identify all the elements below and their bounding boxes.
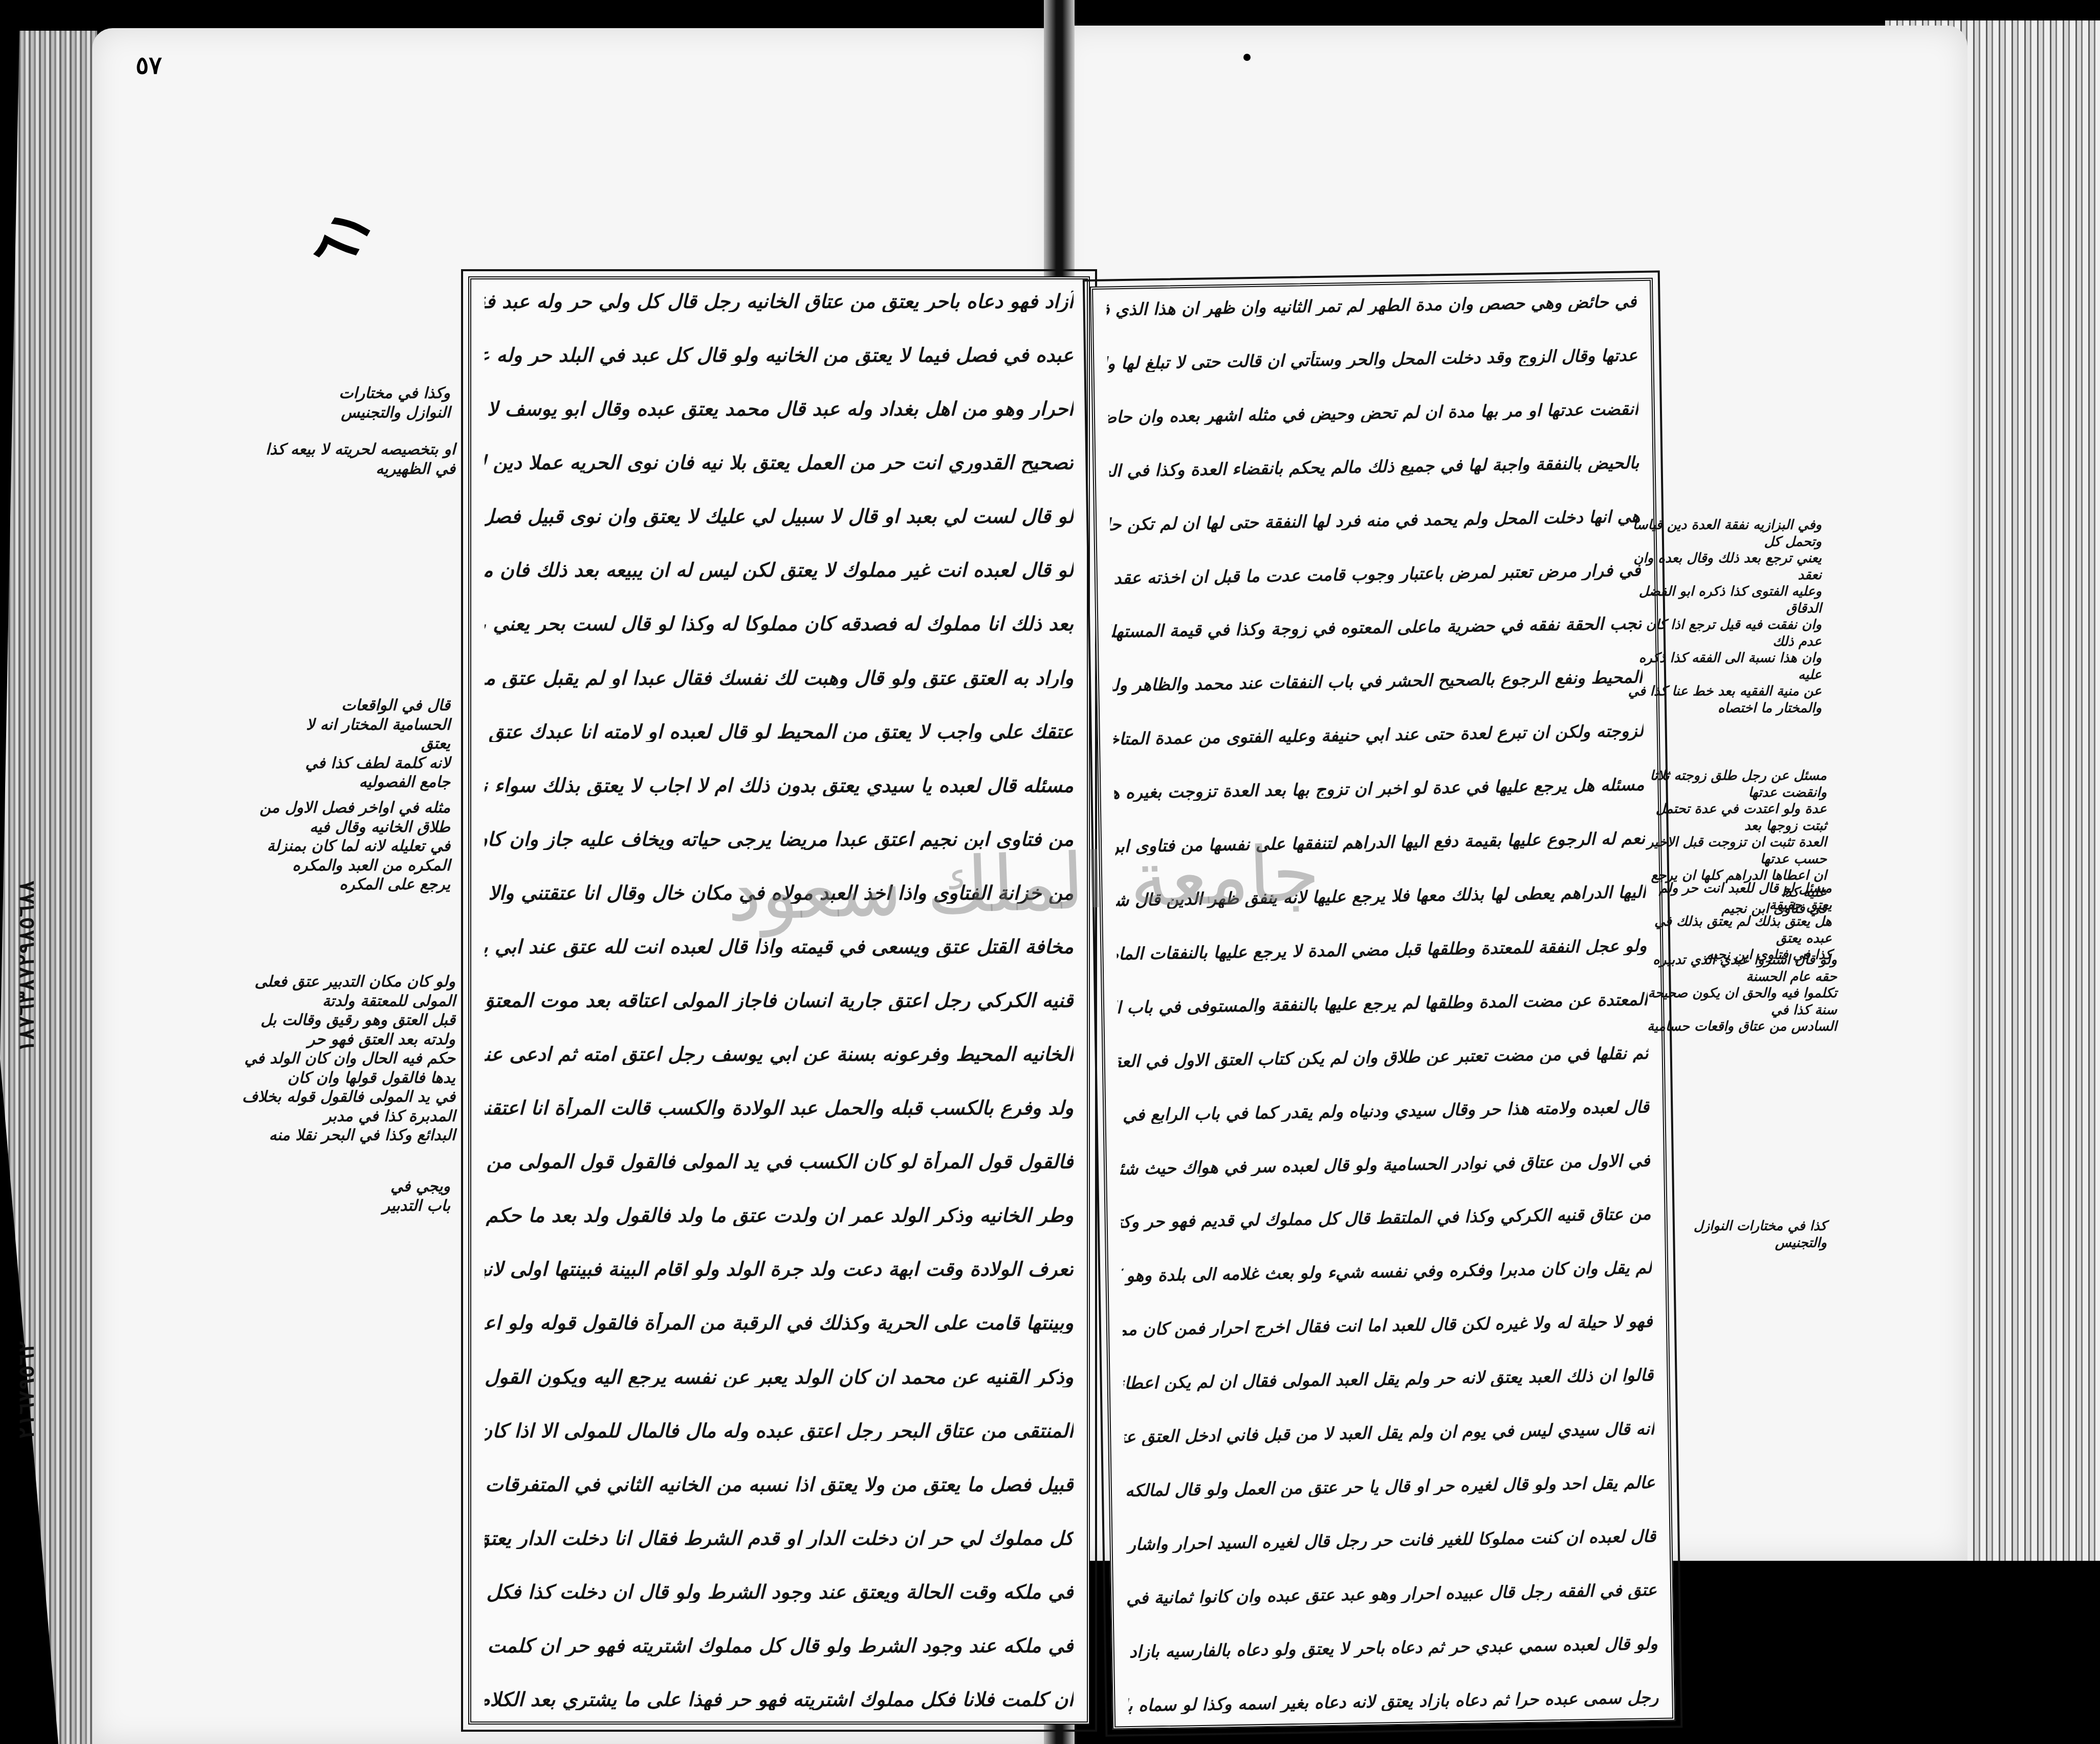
left-main-text-block: آزاد فهو دعاه باحر يعتق من عتاق الخانيه …	[468, 276, 1090, 1725]
left-margin-note: وكذا في مختارات النوازل والتجنيس	[327, 384, 450, 422]
left-margin-note: قال في الواقعات الحسامية المختار انه لا …	[292, 696, 450, 792]
text-line: عالم يقل احد ولو قال لغيره حر او قال يا …	[1125, 1473, 1655, 1500]
text-line: عدتها وقال الزوج وقد دخلت المحل والحر وس…	[1107, 346, 1637, 373]
manuscript-spread: ٥٧ ٦١ ٥٦ ١٨٧٦٣٨٧٢٩٨٥٦٨٨ ٢١٦٧٩٥٦٢ آزاد فه…	[0, 0, 2100, 1744]
right-page-top-mark	[1243, 54, 1251, 61]
edge-digits-2: ٢١٦٧٩٥٦٢	[15, 1341, 39, 1440]
right-margin-note: ولو قال اشتروا عبدي الذي تدبيره حقه عام …	[1643, 952, 1837, 1035]
text-line: بالحيض بالنفقة واجبة لها في جميع ذلك مال…	[1109, 453, 1639, 481]
text-line: تجب الحقة نفقه في حضرية ماعلى المعتوه في…	[1111, 615, 1642, 642]
text-line: في الاول من عتاق في نوادر الحسامية ولو ق…	[1120, 1151, 1650, 1179]
edge-digits-1: ١٨٧٦٣٨٧٢٩٨٥٦٨٨	[15, 880, 39, 1053]
text-line: في ملكه عند وجود الشرط ولو قال كل مملوك …	[485, 1635, 1074, 1656]
text-line: فالقول قول المرأة لو كان الكسب في يد الم…	[485, 1151, 1074, 1172]
text-line: في حائض وهي حصص وان مدة الطهر لم تمر الث…	[1106, 292, 1636, 319]
text-line: وبينتها قامت على الحرية وكذلك في الرقبة …	[485, 1312, 1074, 1334]
text-line: المحيط ونفع الرجوع بالصحيح الحشر في باب …	[1112, 668, 1643, 695]
left-margin-note: ولو كان مكان التدبير عتق فعلى المولى للم…	[230, 972, 455, 1145]
text-line: وطر الخانيه وذكر الولد عمر ان ولدت عتق م…	[485, 1205, 1074, 1226]
text-line: مخافة القتل عتق ويسعى في قيمته واذا قال …	[485, 936, 1074, 957]
right-main-text-block: في حائض وهي حصص وان مدة الطهر لم تمر الث…	[1090, 278, 1675, 1730]
text-line: مسئله قال لعبده يا سيدي يعتق بدون ذلك ام…	[485, 775, 1074, 796]
text-line: لزوجته ولكن ان تبرع لعدة حتى عند ابي حني…	[1113, 722, 1644, 749]
text-line: ولو عجل النفقة للمعتدة وطلقها قبل مضي ال…	[1117, 936, 1647, 964]
text-line: لو قال لعبده انت غير مملوك لا يعتق لكن ل…	[485, 559, 1074, 581]
text-line: رجل سمى عبده حرا ثم دعاه بازاد يعتق لانه…	[1128, 1688, 1658, 1715]
text-line: هي انها دخلت المحل ولم يحمد في منه فرد ل…	[1110, 507, 1640, 534]
text-line: قال لعبده ولامته هذا حر وقال سيدي ودنياه…	[1119, 1098, 1649, 1125]
text-line: الخانيه المحيط وفرعونه بسنة عن ابي يوسف …	[485, 1043, 1074, 1065]
text-line: في ملكه وقت الحالة ويعتق عند وجود الشرط …	[485, 1581, 1074, 1603]
text-line: المعتدة عن مضت المدة وطلقها لم يرجع عليه…	[1118, 990, 1648, 1017]
right-margin-note: كذا في مختارات النوازل والتجنيس	[1643, 1218, 1827, 1251]
text-line: واراد به العتق عتق ولو قال وهبت لك نفسك …	[485, 667, 1074, 689]
text-line: تعرف الولادة وقت ابهة دعت ولد جرة الولد …	[485, 1258, 1074, 1280]
book-edge-left	[0, 31, 97, 1744]
left-margin-note: ويجي في باب التدبير	[368, 1177, 450, 1215]
text-line: كل مملوك لي حر ان دخلت الدار او قدم الشر…	[485, 1528, 1074, 1549]
text-line: لو قال لست لي بعبد او قال لا سبيل لي علي…	[485, 506, 1074, 527]
text-line: عتق في الفقه رجل قال عبيده احرار وهو عبد…	[1127, 1581, 1657, 1608]
text-line: قالوا ان ذلك العبد يعتق لانه حر ولم يقل …	[1123, 1366, 1653, 1393]
text-line: انقضت عدتها او مر بها مدة ان لم تحض وحيض…	[1108, 400, 1638, 427]
text-line: انه قال سيدي ليس في يوم ان ولم يقل العبد…	[1124, 1420, 1654, 1447]
text-line: قنيه الكركي رجل اعتق جارية انسان فاجاز ا…	[485, 990, 1074, 1011]
text-line: ثم نقلها في من مضت تعتبر عن طلاق وان لم …	[1119, 1044, 1649, 1071]
text-line: ولد وفرع بالكسب قبله والحمل عبد الولادة …	[485, 1097, 1074, 1119]
text-line: عتقك علي واجب لا يعتق من المحيط لو قال ل…	[485, 721, 1074, 743]
text-line: عبده في فصل فيما لا يعتق من الخانيه ولو …	[485, 344, 1074, 366]
text-line: في فرار مرض تعتبر لمرض باعتبار وجوب قامت…	[1111, 561, 1641, 588]
text-line: آزاد فهو دعاه باحر يعتق من عتاق الخانيه …	[485, 291, 1074, 312]
text-line: فهو لا حيلة له ولا غيره لكن قال للعبد ام…	[1123, 1312, 1653, 1339]
text-line: مسئله هل يرجع عليها في عدة لو اخبر ان تز…	[1114, 775, 1644, 802]
text-line: تصحيح القدوري انت حر من العمل يعتق بلا ن…	[485, 452, 1074, 473]
left-margin-note: او بتخصيصه لحريته لا بيعه كذا في الظهيري…	[240, 440, 455, 478]
text-line: بعد ذلك انا مملوك له فصدقه كان مملوكا له…	[485, 613, 1074, 635]
text-line: ولو قال لعبده سمي عبدي حر ثم دعاه باحر ل…	[1128, 1634, 1658, 1662]
text-line: احرار وهو من اهل بغداد وله عبد قال محمد …	[485, 398, 1074, 420]
text-line: قبيل فصل ما يعتق من ولا يعتق اذا نسبه من…	[485, 1474, 1074, 1495]
text-line: قال لعبده ان كنت مملوكا للغير فانت حر رج…	[1126, 1527, 1656, 1554]
text-line: ان كلمت فلانا فكل مملوك اشتريته فهو حر ف…	[485, 1689, 1074, 1710]
right-margin-note: وفي البزازيه نفقة العدة دين قياسا وتحمل …	[1627, 517, 1822, 716]
text-line: المنتقى من عتاق البحر رجل اعتق عبده وله …	[485, 1420, 1074, 1442]
text-line: من عتاق قنيه الكركي وكذا في الملتقط قال …	[1121, 1205, 1651, 1232]
left-page-folio: ٥٧	[136, 51, 162, 80]
left-margin-note: مثله في اواخر فصل الاول من طلاق الخانيه …	[256, 798, 450, 895]
text-line: وذكر القنيه عن محمد ان كان الولد يعبر عن…	[485, 1366, 1074, 1388]
text-line: لم يقل وان كان مدبرا وفكره وفي نفسه شيء …	[1122, 1258, 1652, 1285]
right-margin-note: مسئل لو قال للعبد انت حر ولم يعتق حقيقة …	[1637, 880, 1832, 964]
